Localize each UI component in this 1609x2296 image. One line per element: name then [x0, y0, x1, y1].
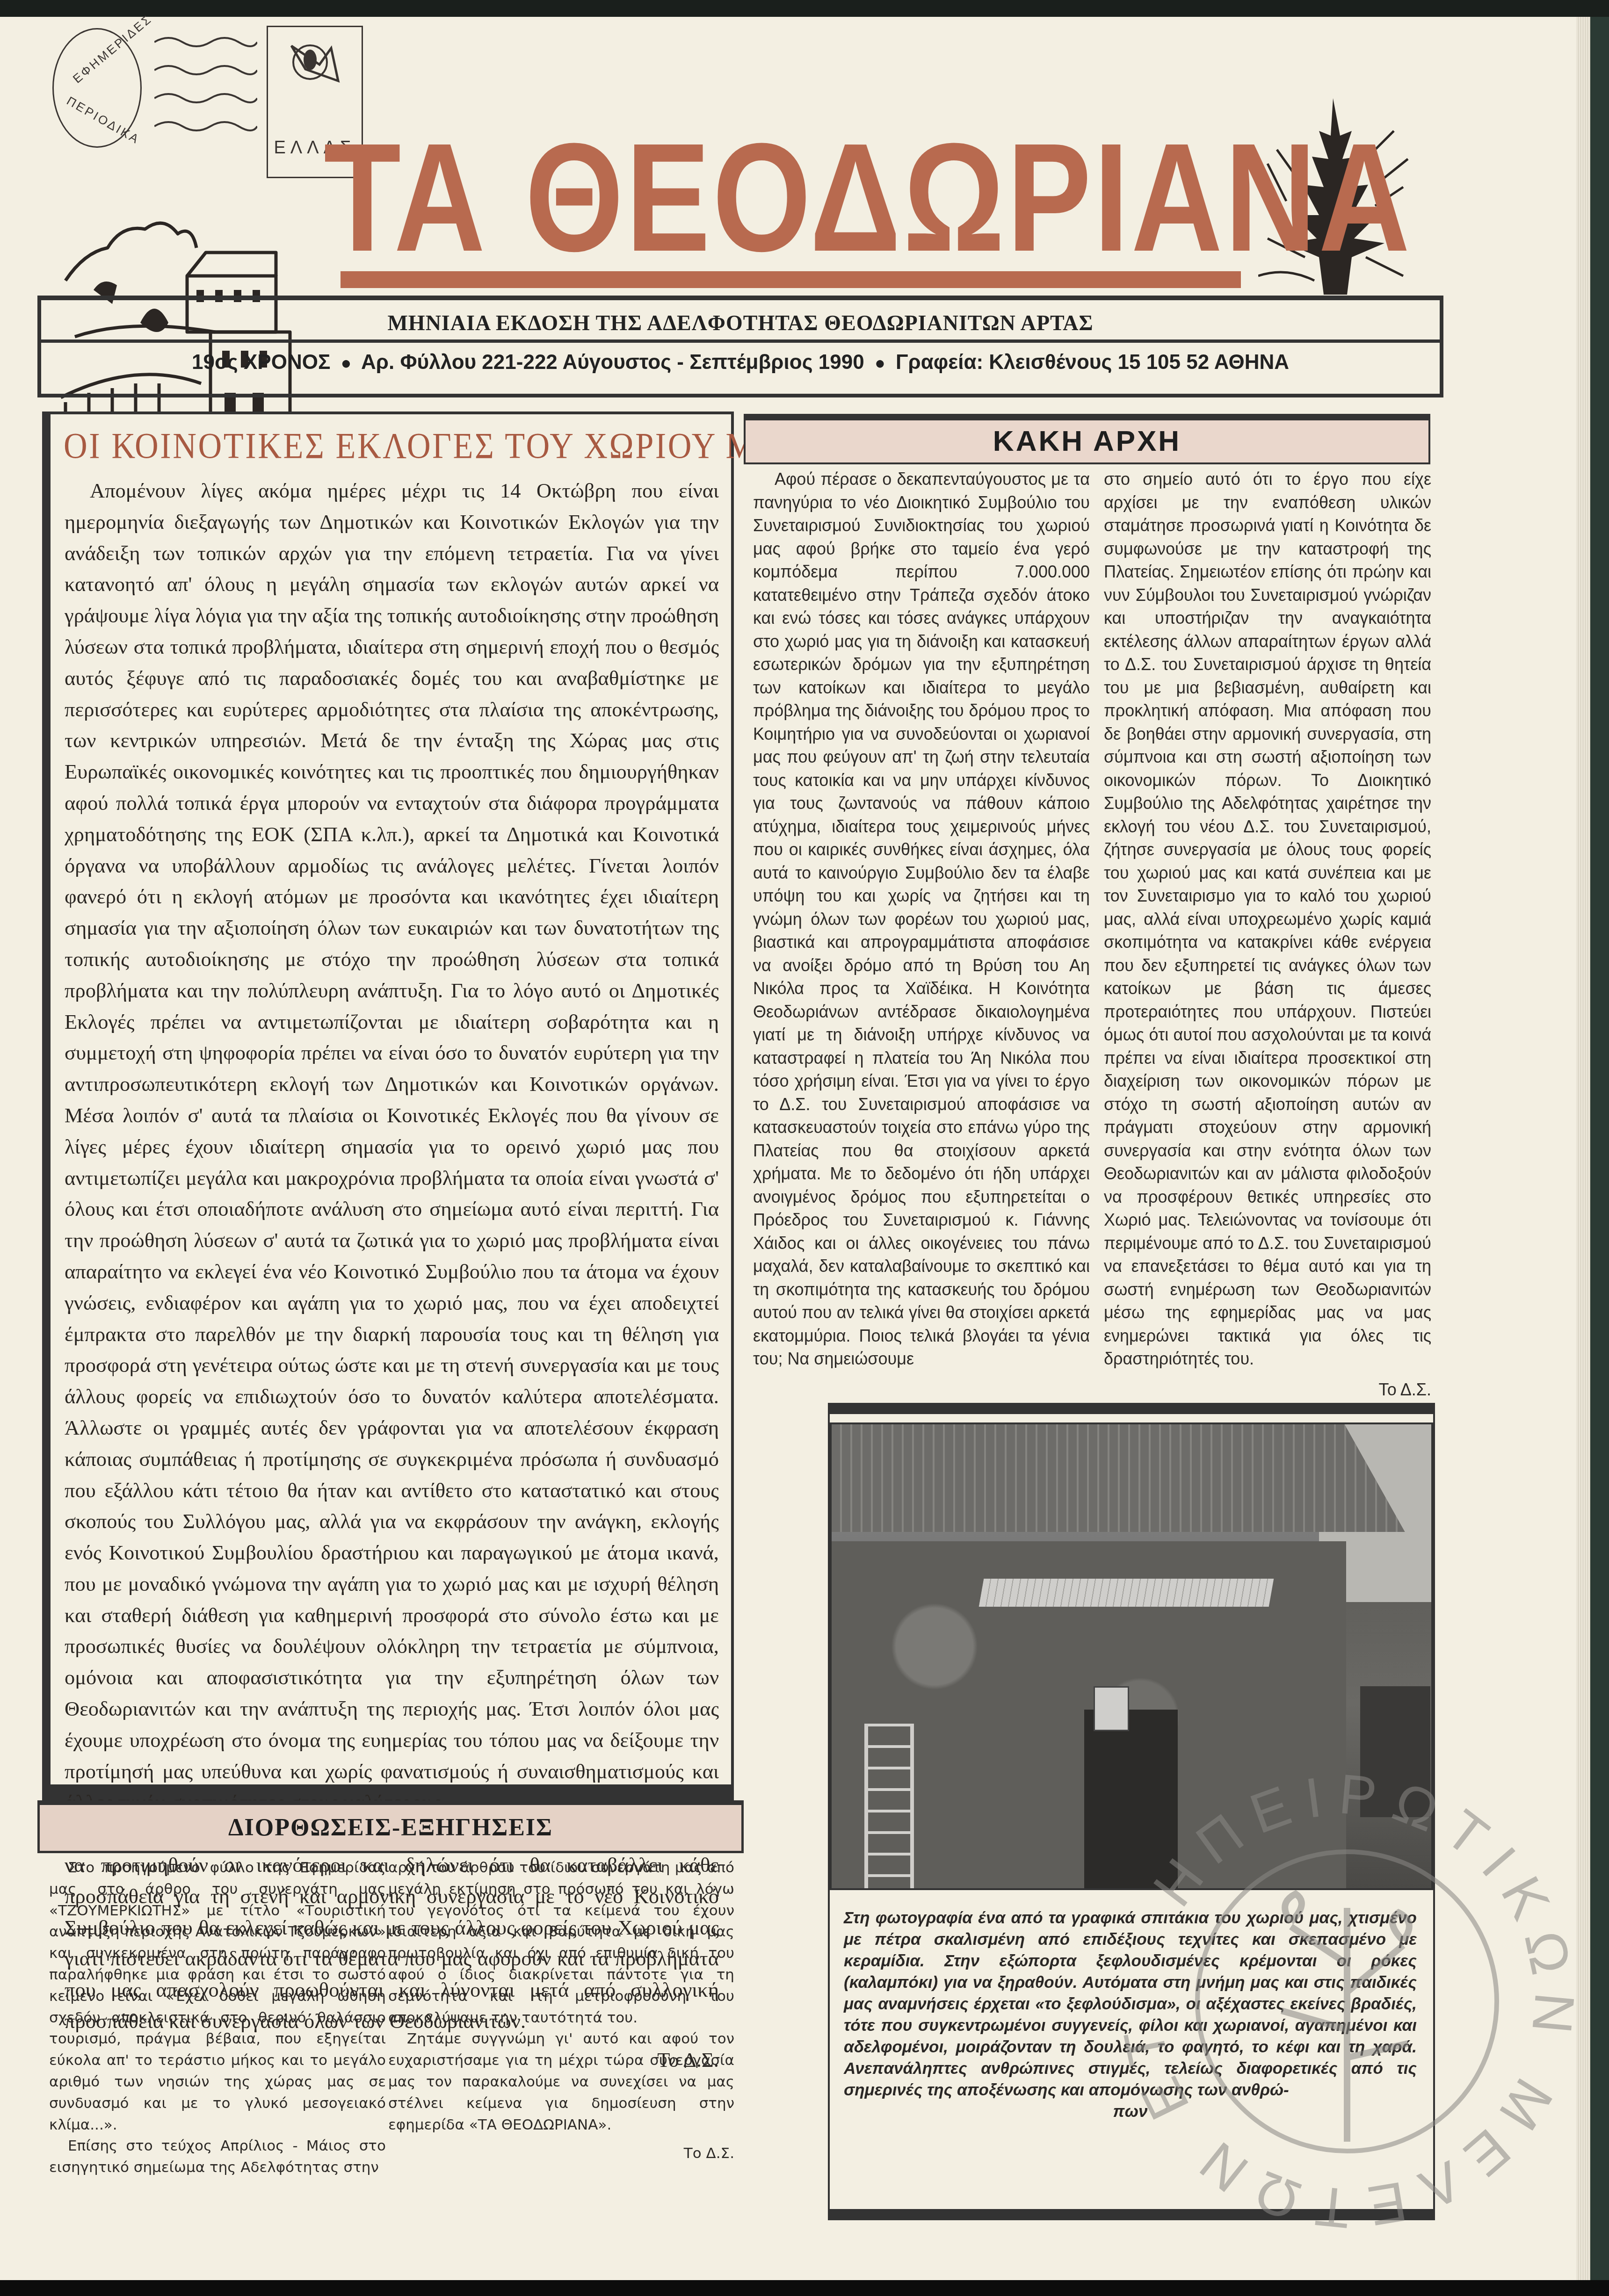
caption-text-end: πων — [844, 2101, 1417, 2123]
photo-window — [1360, 1686, 1430, 1817]
masthead-subtitle: ΜΗΝΙΑΙΑ ΕΚΔΟΣΗ ΤΗΣ ΑΔΕΛΦΟΤΗΤΑΣ ΘΕΟΔΩΡΙΑΝ… — [41, 310, 1440, 335]
corrections-paragraph: Επίσης στο τεύχος Απρίλιος - Μάιος στο ε… — [49, 2136, 386, 2179]
article-paragraph: Αφού πέρασε ο δεκαπενταύγουστος με τα πα… — [753, 468, 1090, 1371]
postmark-wave-lines-icon — [154, 33, 257, 140]
corrections-column-1: Στο προηγούμενο φύλλο της Εφημερίδας μας… — [49, 1857, 386, 2179]
issue-info-line: 19ος ΧΡΟΝΟΣ ● Αρ. Φύλλου 221-222 Αύγουστ… — [41, 351, 1440, 374]
postmark-bottom-text: ΠΕΡΙΟΔΙΚΑ — [64, 94, 143, 147]
page-stack-edge — [1576, 17, 1590, 2280]
article-title: ΚΑΚΗ ΑΡΧΗ — [746, 420, 1428, 462]
section-title: ΔΙΟΡΘΩΣΕΙΣ-ΕΞΗΓΗΣΕΙΣ — [40, 1805, 741, 1851]
post-horn-icon — [287, 36, 343, 97]
scanner-top-edge — [0, 0, 1609, 17]
postmark-icon: ΕΦΗΜΕΡΙΔΕΣ ΠΕΡΙΟΔΙΚΑ — [52, 28, 142, 148]
scanner-bottom-edge — [0, 2280, 1609, 2296]
article-community-elections: ΟΙ ΚΟΙΝΟΤΙΚΕΣ ΕΚΛΟΓΕΣ ΤΟΥ ΧΩΡΙΟΥ ΜΑΣ Απο… — [42, 412, 734, 1803]
masthead-info-box: ΜΗΝΙΑΙΑ ΕΚΔΟΣΗ ΤΗΣ ΑΔΕΛΦΟΤΗΤΑΣ ΘΕΟΔΩΡΙΑΝ… — [37, 296, 1443, 397]
photo-awning — [979, 1579, 1274, 1607]
article-paragraph: Απομένουν λίγες ακόμα ημέρες μέχρι τις 1… — [65, 475, 719, 1818]
caption-text: Στη φωτογραφία ένα από τα γραφικά σπιτάκ… — [844, 1909, 1417, 2099]
photo-door — [1084, 1710, 1178, 1890]
bullet-icon: ● — [870, 354, 890, 373]
corrections-paragraph: αρχή του άρθρου του ίδιου συνεργάτη μας … — [388, 1857, 734, 2029]
stone-house-photo — [830, 1422, 1433, 1890]
article-signature: Το Δ.Σ. — [1104, 1378, 1431, 1401]
corrections-column-2: αρχή του άρθρου του ίδιου συνεργάτη μας … — [388, 1857, 734, 2165]
photo-feature-box: Στη φωτογραφία ένα από τα γραφικά σπιτάκ… — [828, 1403, 1435, 2220]
masthead-divider — [41, 339, 1440, 343]
article-header-bad-start: ΚΑΚΗ ΑΡΧΗ — [744, 414, 1430, 464]
photo-meter-box — [1094, 1686, 1129, 1731]
corrections-signature: Το Δ.Σ. — [388, 2143, 734, 2165]
article-title: ΟΙ ΚΟΙΝΟΤΙΚΕΣ ΕΚΛΟΓΕΣ ΤΟΥ ΧΩΡΙΟΥ ΜΑΣ — [64, 425, 664, 467]
article-column-2: στο σημείο αυτό ότι το έργο που είχε αρχ… — [1104, 468, 1431, 1401]
section-header-corrections: ΔΙΟΡΘΩΣΕΙΣ-ΕΞΗΓΗΣΕΙΣ — [37, 1800, 744, 1853]
newspaper-title: ΤΑ ΘΕΟΔΩΡΙΑΝΑ — [324, 123, 1075, 272]
photo-caption: Στη φωτογραφία ένα από τα γραφικά σπιτάκ… — [844, 1907, 1417, 2123]
article-paragraph: στο σημείο αυτό ότι το έργο που είχε αρχ… — [1104, 468, 1431, 1371]
title-underline — [341, 271, 1241, 288]
photo-ladder — [864, 1724, 914, 1890]
issue-year: 19ος ΧΡΟΝΟΣ — [192, 351, 330, 374]
issue-office-address: Γραφεία: Κλεισθένους 15 105 52 ΑΘΗΝΑ — [896, 351, 1289, 374]
article-column-1: Αφού πέρασε ο δεκαπενταύγουστος με τα πα… — [753, 468, 1090, 1371]
issue-number: Αρ. Φύλλου 221-222 Αύγουστος - Σεπτέμβρι… — [361, 351, 864, 374]
photo-tiled-roof — [832, 1424, 1433, 1532]
corrections-paragraph: Ζητάμε συγγνώμη γι' αυτό και αφού τον ευ… — [388, 2029, 734, 2136]
corrections-paragraph: Στο προηγούμενο φύλλο της Εφημερίδας μας… — [49, 1857, 386, 2136]
bullet-icon: ● — [336, 354, 356, 373]
